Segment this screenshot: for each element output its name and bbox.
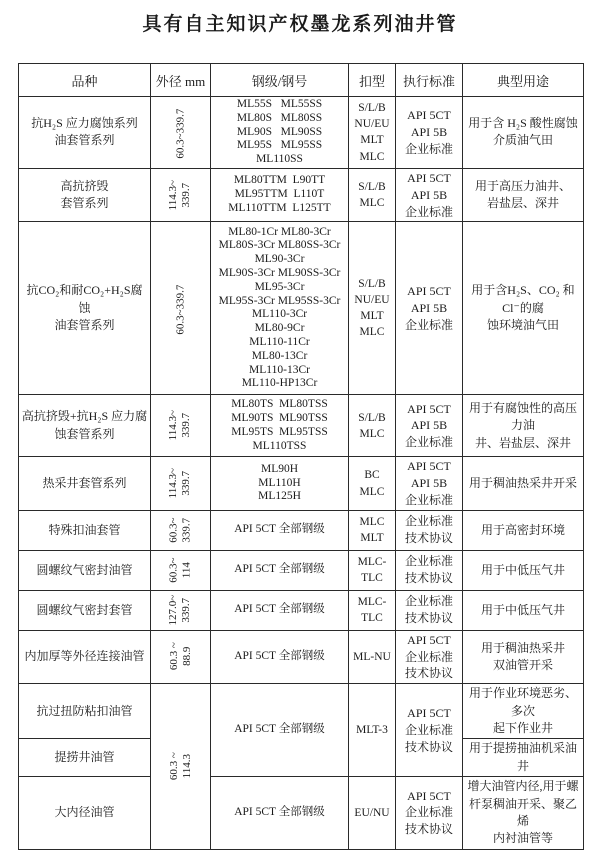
use-cell: 用于提捞抽油机采油井 xyxy=(463,739,584,777)
header-thread: 扣型 xyxy=(349,64,396,97)
od-cell: 114.3~339.7 xyxy=(151,457,211,510)
grade-cell: API 5CT 全部钢级 xyxy=(211,550,349,590)
thread-cell: MLC-TLC xyxy=(349,590,396,630)
od-cell: 114.3~339.7 xyxy=(151,168,211,221)
od-cell: 60.3~339.7 xyxy=(151,222,211,395)
od-cell: 60.3~114 xyxy=(151,550,211,590)
grade-cell: API 5CT 全部钢级 xyxy=(211,510,349,550)
standard-cell: API 5CTAPI 5B企业标准 xyxy=(396,395,463,457)
use-cell: 用于稠油热采井双油管开采 xyxy=(463,630,584,683)
use-cell: 用于中低压气井 xyxy=(463,550,584,590)
use-cell: 增大油管内径,用于螺杆泵稠油开采、聚乙烯内衬油管等 xyxy=(463,777,584,850)
table-row: 圆螺纹气密封套管 127.0~339.7 API 5CT 全部钢级 MLC-TL… xyxy=(19,590,584,630)
use-cell: 用于有腐蚀性的高压力油井、岩盐层、深井 xyxy=(463,395,584,457)
thread-cell: EU/NU xyxy=(349,777,396,850)
variety-cell: 抗CO₂和耐CO₂+H₂S腐蚀油套管系列 xyxy=(19,222,151,395)
variety-cell: 圆螺纹气密封油管 xyxy=(19,550,151,590)
variety-cell: 热采井套管系列 xyxy=(19,457,151,510)
standard-cell: API 5CT企业标准技术协议 xyxy=(396,777,463,850)
od-cell: 60.3~339.7 xyxy=(151,510,211,550)
grade-cell: ML80TS ML80TSSML90TS ML90TSSML95TS ML95T… xyxy=(211,395,349,457)
header-standard: 执行标准 xyxy=(396,64,463,97)
standard-cell: API 5CT企业标准技术协议 xyxy=(396,684,463,777)
table-row: 圆螺纹气密封油管 60.3~114 API 5CT 全部钢级 MLC-TLC 企… xyxy=(19,550,584,590)
variety-cell: 高抗挤毁套管系列 xyxy=(19,168,151,221)
variety-cell: 内加厚等外径连接油管 xyxy=(19,630,151,683)
table-row: 抗CO₂和耐CO₂+H₂S腐蚀油套管系列 60.3~339.7 ML80-1Cr… xyxy=(19,222,584,395)
table-row: 内加厚等外径连接油管 60.3 ~88.9 API 5CT 全部钢级 ML-NU… xyxy=(19,630,584,683)
use-cell: 用于中低压气井 xyxy=(463,590,584,630)
od-cell: 60.3 ~88.9 xyxy=(151,630,211,683)
table-row: 热采井套管系列 114.3~339.7 ML90HML110HML125H BC… xyxy=(19,457,584,510)
grade-cell: API 5CT 全部钢级 xyxy=(211,684,349,777)
grade-cell: API 5CT 全部钢级 xyxy=(211,777,349,850)
header-od: 外径 mm xyxy=(151,64,211,97)
grade-cell: ML80TTM L90TTML95TTM L110TML110TTM L125T… xyxy=(211,168,349,221)
table-row: 高抗挤毁套管系列 114.3~339.7 ML80TTM L90TTML95TT… xyxy=(19,168,584,221)
product-spec-table: 品种 外径 mm 钢级/钢号 扣型 执行标准 典型用途 抗H₂S 应力腐蚀系列油… xyxy=(18,63,584,850)
thread-cell: MLCMLT xyxy=(349,510,396,550)
variety-cell: 抗过扭防粘扣油管 xyxy=(19,684,151,739)
thread-cell: S/L/BNU/EUMLTMLC xyxy=(349,222,396,395)
variety-cell: 抗H₂S 应力腐蚀系列油套管系列 xyxy=(19,97,151,169)
thread-cell: S/L/BMLC xyxy=(349,168,396,221)
thread-cell: ML-NU xyxy=(349,630,396,683)
thread-cell: MLT-3 xyxy=(349,684,396,777)
standard-cell: 企业标准技术协议 xyxy=(396,550,463,590)
thread-cell: S/L/BNU/EUMLTMLC xyxy=(349,97,396,169)
grade-cell: API 5CT 全部钢级 xyxy=(211,630,349,683)
table-row: 特殊扣油套管 60.3~339.7 API 5CT 全部钢级 MLCMLT 企业… xyxy=(19,510,584,550)
use-cell: 用于含 H₂S 酸性腐蚀介质油气田 xyxy=(463,97,584,169)
standard-cell: API 5CTAPI 5B企业标准 xyxy=(396,168,463,221)
variety-cell: 高抗挤毁+抗H₂S 应力腐蚀套管系列 xyxy=(19,395,151,457)
od-cell: 60.3 ~114.3 xyxy=(151,684,211,850)
header-use: 典型用途 xyxy=(463,64,584,97)
variety-cell: 圆螺纹气密封套管 xyxy=(19,590,151,630)
od-cell: 114.3~339.7 xyxy=(151,395,211,457)
table-row: 大内径油管 API 5CT 全部钢级 EU/NU API 5CT企业标准技术协议… xyxy=(19,777,584,850)
standard-cell: 企业标准技术协议 xyxy=(396,510,463,550)
od-cell: 60.3~339.7 xyxy=(151,97,211,169)
standard-cell: API 5CTAPI 5B企业标准 xyxy=(396,222,463,395)
grade-cell: API 5CT 全部钢级 xyxy=(211,590,349,630)
use-cell: 用于稠油热采井开采 xyxy=(463,457,584,510)
use-cell: 用于高密封环境 xyxy=(463,510,584,550)
header-row: 品种 外径 mm 钢级/钢号 扣型 执行标准 典型用途 xyxy=(19,64,584,97)
grade-cell: ML90HML110HML125H xyxy=(211,457,349,510)
variety-cell: 提捞井油管 xyxy=(19,739,151,777)
table-row: 高抗挤毁+抗H₂S 应力腐蚀套管系列 114.3~339.7 ML80TS ML… xyxy=(19,395,584,457)
grade-cell: ML55S ML55SSML80S ML80SSML90S ML90SSML95… xyxy=(211,97,349,169)
page-title: 具有自主知识产权墨龙系列油井管 xyxy=(0,0,600,36)
table-row: 抗H₂S 应力腐蚀系列油套管系列 60.3~339.7 ML55S ML55SS… xyxy=(19,97,584,169)
grade-cell: ML80-1Cr ML80-3CrML80S-3Cr ML80SS-3CrML9… xyxy=(211,222,349,395)
standard-cell: API 5CTAPI 5B企业标准 xyxy=(396,457,463,510)
use-cell: 用于作业环境恶劣、多次起下作业井 xyxy=(463,684,584,739)
table-row: 抗过扭防粘扣油管 60.3 ~114.3 API 5CT 全部钢级 MLT-3 … xyxy=(19,684,584,739)
thread-cell: S/L/BMLC xyxy=(349,395,396,457)
header-grade: 钢级/钢号 xyxy=(211,64,349,97)
od-cell: 127.0~339.7 xyxy=(151,590,211,630)
standard-cell: API 5CTAPI 5B企业标准 xyxy=(396,97,463,169)
standard-cell: API 5CT企业标准技术协议 xyxy=(396,630,463,683)
use-cell: 用于含H₂S、CO₂ 和Cl⁻的腐蚀环境油气田 xyxy=(463,222,584,395)
variety-cell: 大内径油管 xyxy=(19,777,151,850)
thread-cell: MLC-TLC xyxy=(349,550,396,590)
header-variety: 品种 xyxy=(19,64,151,97)
standard-cell: 企业标准技术协议 xyxy=(396,590,463,630)
use-cell: 用于高压力油井、岩盐层、深井 xyxy=(463,168,584,221)
variety-cell: 特殊扣油套管 xyxy=(19,510,151,550)
thread-cell: BCMLC xyxy=(349,457,396,510)
